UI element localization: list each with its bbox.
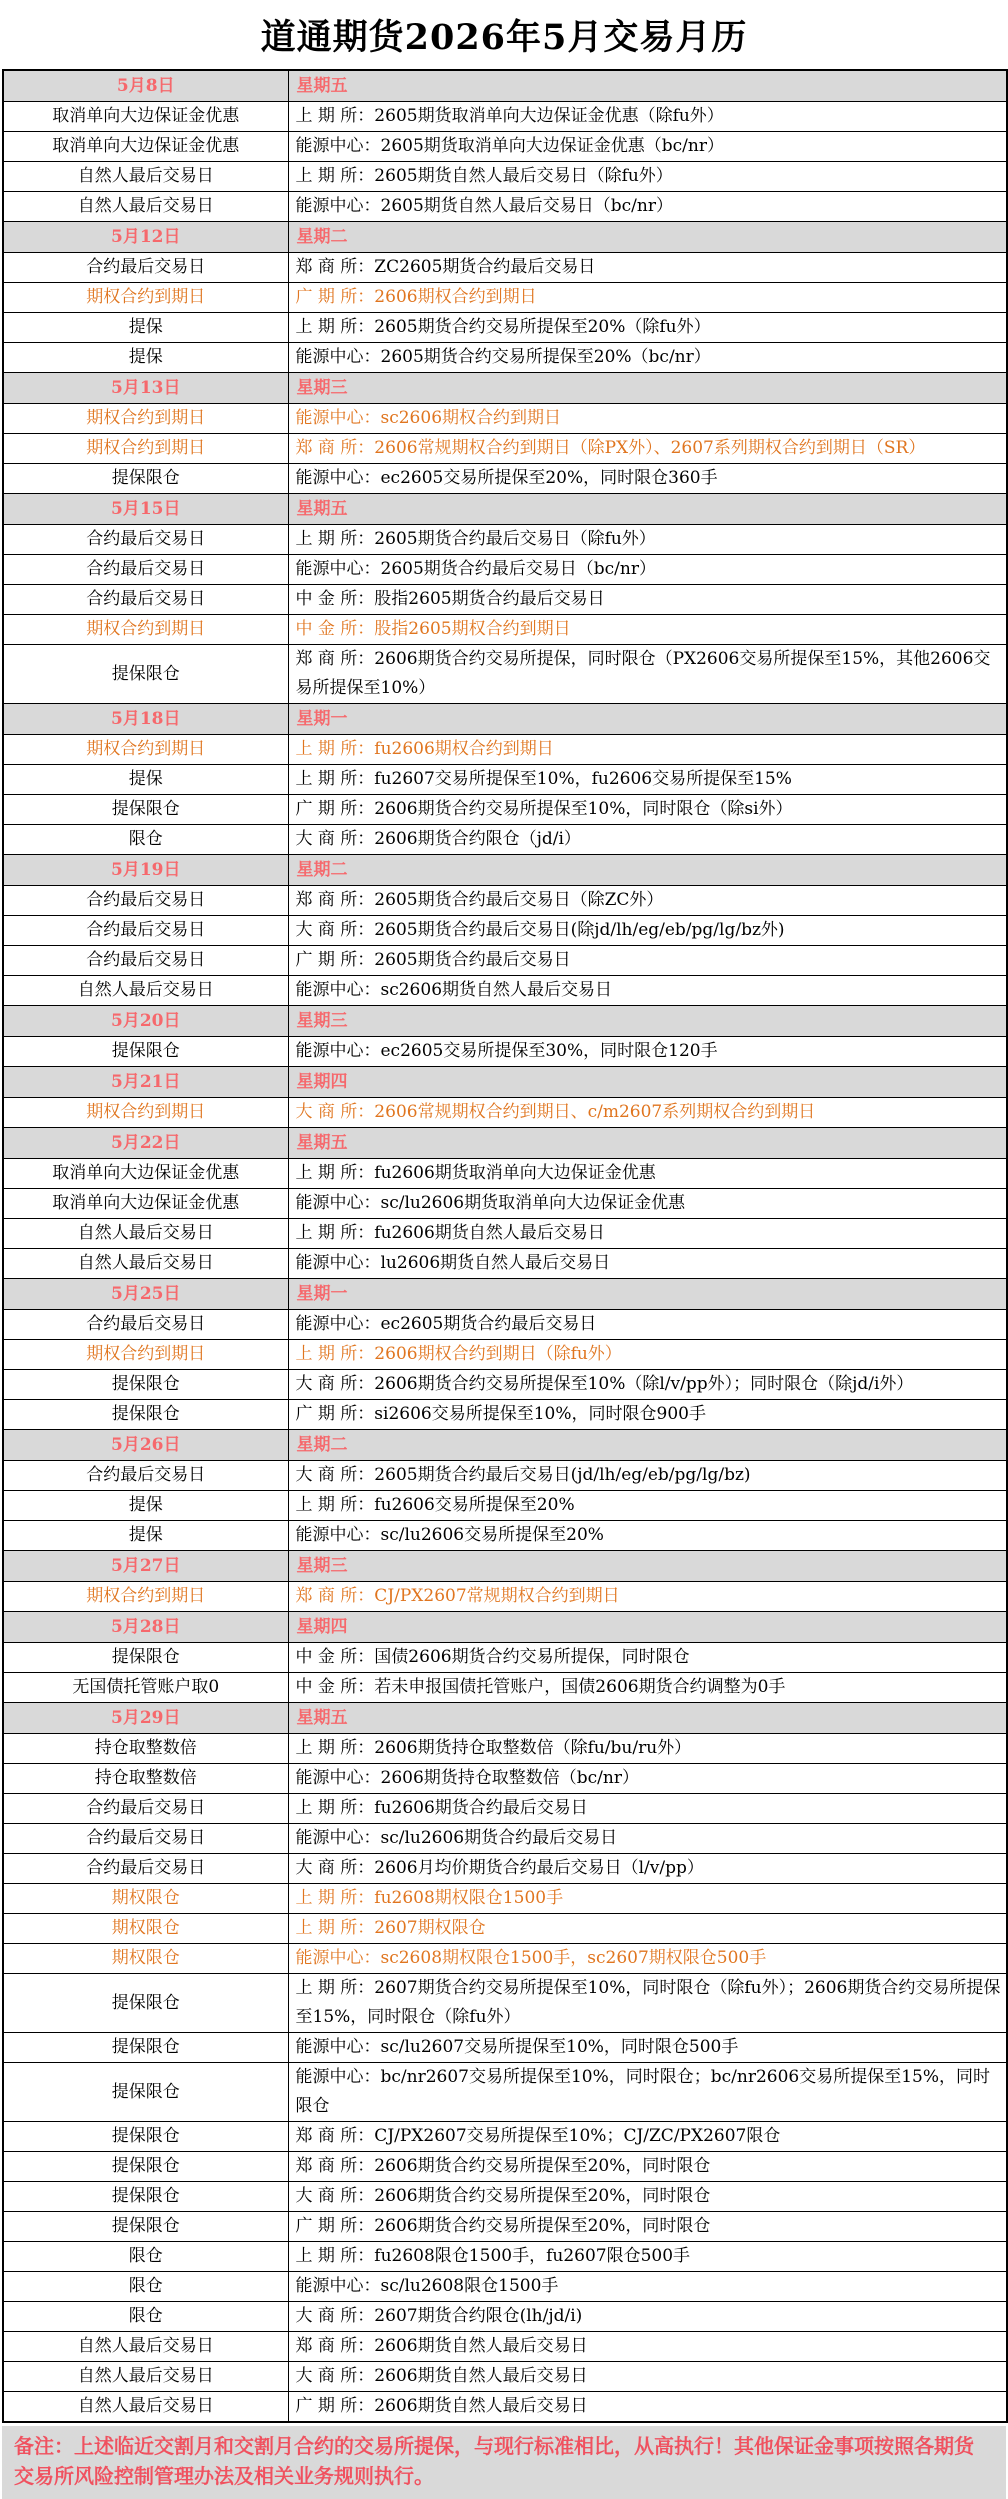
event-detail-cell: 郑 商 所：2606期货合约交易所提保，同时限仓（PX2606交易所提保至15%… [288, 645, 1007, 704]
day-weekday-cell: 星期二 [288, 1430, 1007, 1461]
event-detail-cell: 大 商 所：2606期货合约限仓（jd/i） [288, 825, 1007, 855]
event-detail-cell: 郑 商 所：2606期货合约交易所提保至20%，同时限仓 [288, 2152, 1007, 2182]
event-type-cell: 合约最后交易日 [3, 1461, 288, 1491]
day-header-row: 5月27日星期三 [3, 1551, 1007, 1582]
event-type-cell: 提保限仓 [3, 2212, 288, 2242]
event-detail-cell: 中 金 所：股指2605期权合约到期日 [288, 615, 1007, 645]
event-type-cell: 期权合约到期日 [3, 735, 288, 765]
event-row: 期权合约到期日能源中心：sc2606期权合约到期日 [3, 404, 1007, 434]
event-type-cell: 合约最后交易日 [3, 585, 288, 615]
day-date-cell: 5月19日 [3, 855, 288, 886]
day-weekday-cell: 星期五 [288, 1128, 1007, 1159]
event-row: 期权合约到期日上 期 所：2606期权合约到期日（除fu外） [3, 1340, 1007, 1370]
event-row: 提保限仓能源中心：ec2605交易所提保至20%，同时限仓360手 [3, 464, 1007, 494]
day-date-cell: 5月27日 [3, 1551, 288, 1582]
event-type-cell: 提保限仓 [3, 1037, 288, 1067]
event-type-cell: 合约最后交易日 [3, 555, 288, 585]
event-detail-cell: 能源中心：2605期货合约最后交易日（bc/nr） [288, 555, 1007, 585]
event-type-cell: 合约最后交易日 [3, 1794, 288, 1824]
event-detail-cell: 能源中心：2606期货持仓取整数倍（bc/nr） [288, 1764, 1007, 1794]
day-header-row: 5月15日星期五 [3, 494, 1007, 525]
event-detail-cell: 郑 商 所：2606常规期权合约到期日（除PX外）、2607系列期权合约到期日（… [288, 434, 1007, 464]
event-row: 提保限仓广 期 所：si2606交易所提保至10%，同时限仓900手 [3, 1400, 1007, 1430]
event-row: 持仓取整数倍能源中心：2606期货持仓取整数倍（bc/nr） [3, 1764, 1007, 1794]
event-detail-cell: 能源中心：sc2606期权合约到期日 [288, 404, 1007, 434]
event-detail-cell: 能源中心：sc2606期货自然人最后交易日 [288, 976, 1007, 1006]
event-detail-cell: 郑 商 所：ZC2605期货合约最后交易日 [288, 253, 1007, 283]
day-weekday-cell: 星期一 [288, 704, 1007, 735]
event-row: 自然人最后交易日上 期 所：2605期货自然人最后交易日（除fu外） [3, 162, 1007, 192]
event-detail-cell: 广 期 所：2605期货合约最后交易日 [288, 946, 1007, 976]
event-detail-cell: 上 期 所：2607期权限仓 [288, 1914, 1007, 1944]
event-row: 期权限仓能源中心：sc2608期权限仓1500手，sc2607期权限仓500手 [3, 1944, 1007, 1974]
day-date-cell: 5月28日 [3, 1612, 288, 1643]
event-type-cell: 提保限仓 [3, 2152, 288, 2182]
event-row: 自然人最后交易日能源中心：2605期货自然人最后交易日（bc/nr） [3, 192, 1007, 222]
event-detail-cell: 大 商 所：2605期货合约最后交易日(除jd/lh/eg/eb/pg/lg/b… [288, 916, 1007, 946]
event-row: 期权限仓上 期 所：2607期权限仓 [3, 1914, 1007, 1944]
event-row: 提保能源中心：sc/lu2606交易所提保至20% [3, 1521, 1007, 1551]
event-detail-cell: 郑 商 所：CJ/PX2607交易所提保至10%；CJ/ZC/PX2607限仓 [288, 2122, 1007, 2152]
event-detail-cell: 郑 商 所：CJ/PX2607常规期权合约到期日 [288, 1582, 1007, 1612]
event-row: 提保限仓大 商 所：2606期货合约交易所提保至20%，同时限仓 [3, 2182, 1007, 2212]
event-row: 提保限仓能源中心：ec2605交易所提保至30%，同时限仓120手 [3, 1037, 1007, 1067]
event-row: 期权合约到期日郑 商 所：CJ/PX2607常规期权合约到期日 [3, 1582, 1007, 1612]
event-type-cell: 提保限仓 [3, 2182, 288, 2212]
event-detail-cell: 上 期 所：2606期权合约到期日（除fu外） [288, 1340, 1007, 1370]
event-type-cell: 合约最后交易日 [3, 1310, 288, 1340]
event-detail-cell: 大 商 所：2605期货合约最后交易日(jd/lh/eg/eb/pg/lg/bz… [288, 1461, 1007, 1491]
event-row: 合约最后交易日能源中心：ec2605期货合约最后交易日 [3, 1310, 1007, 1340]
event-type-cell: 提保 [3, 1491, 288, 1521]
event-type-cell: 取消单向大边保证金优惠 [3, 102, 288, 132]
event-detail-cell: 能源中心：sc/lu2607交易所提保至10%，同时限仓500手 [288, 2033, 1007, 2063]
event-row: 提保限仓郑 商 所：CJ/PX2607交易所提保至10%；CJ/ZC/PX260… [3, 2122, 1007, 2152]
event-type-cell: 提保限仓 [3, 1370, 288, 1400]
day-weekday-cell: 星期二 [288, 222, 1007, 253]
event-type-cell: 取消单向大边保证金优惠 [3, 132, 288, 162]
trading-calendar-page: 道通期货2026年5月交易月历 5月8日星期五取消单向大边保证金优惠上 期 所：… [0, 0, 1008, 2499]
day-weekday-cell: 星期四 [288, 1067, 1007, 1098]
event-type-cell: 期权合约到期日 [3, 434, 288, 464]
event-type-cell: 自然人最后交易日 [3, 1249, 288, 1279]
event-detail-cell: 上 期 所：fu2608限仓1500手，fu2607限仓500手 [288, 2242, 1007, 2272]
event-detail-cell: 广 期 所：2606期权合约到期日 [288, 283, 1007, 313]
day-weekday-cell: 星期五 [288, 70, 1007, 102]
event-type-cell: 提保限仓 [3, 1974, 288, 2033]
event-detail-cell: 能源中心：sc/lu2606交易所提保至20% [288, 1521, 1007, 1551]
event-row: 提保能源中心：2605期货合约交易所提保至20%（bc/nr） [3, 343, 1007, 373]
event-detail-cell: 中 金 所：若未申报国债托管账户，国债2606期货合约调整为0手 [288, 1673, 1007, 1703]
event-row: 限仓大 商 所：2606期货合约限仓（jd/i） [3, 825, 1007, 855]
day-weekday-cell: 星期三 [288, 1551, 1007, 1582]
event-type-cell: 限仓 [3, 825, 288, 855]
event-row: 取消单向大边保证金优惠能源中心：sc/lu2606期货取消单向大边保证金优惠 [3, 1189, 1007, 1219]
event-detail-cell: 上 期 所：fu2606交易所提保至20% [288, 1491, 1007, 1521]
event-type-cell: 提保限仓 [3, 795, 288, 825]
calendar-table: 5月8日星期五取消单向大边保证金优惠上 期 所：2605期货取消单向大边保证金优… [2, 69, 1008, 2423]
day-date-cell: 5月15日 [3, 494, 288, 525]
event-detail-cell: 能源中心：sc2608期权限仓1500手，sc2607期权限仓500手 [288, 1944, 1007, 1974]
day-header-row: 5月26日星期二 [3, 1430, 1007, 1461]
event-row: 提保上 期 所：fu2606交易所提保至20% [3, 1491, 1007, 1521]
event-row: 期权合约到期日郑 商 所：2606常规期权合约到期日（除PX外）、2607系列期… [3, 434, 1007, 464]
event-detail-cell: 上 期 所：2605期货取消单向大边保证金优惠（除fu外） [288, 102, 1007, 132]
day-date-cell: 5月26日 [3, 1430, 288, 1461]
footer-note: 备注：上述临近交割月和交割月合约的交易所提保，与现行标准相比，从高执行！其他保证… [2, 2426, 1006, 2499]
event-type-cell: 期权限仓 [3, 1914, 288, 1944]
day-header-row: 5月20日星期三 [3, 1006, 1007, 1037]
event-type-cell: 提保 [3, 343, 288, 373]
event-detail-cell: 上 期 所：fu2606期货取消单向大边保证金优惠 [288, 1159, 1007, 1189]
event-type-cell: 持仓取整数倍 [3, 1734, 288, 1764]
event-type-cell: 期权合约到期日 [3, 1582, 288, 1612]
day-header-row: 5月13日星期三 [3, 373, 1007, 404]
day-weekday-cell: 星期三 [288, 373, 1007, 404]
event-row: 期权限仓上 期 所：fu2608期权限仓1500手 [3, 1884, 1007, 1914]
event-row: 合约最后交易日中 金 所：股指2605期货合约最后交易日 [3, 585, 1007, 615]
day-header-row: 5月21日星期四 [3, 1067, 1007, 1098]
event-detail-cell: 上 期 所：2606期货持仓取整数倍（除fu/bu/ru外） [288, 1734, 1007, 1764]
day-header-row: 5月19日星期二 [3, 855, 1007, 886]
event-row: 提保限仓广 期 所：2606期货合约交易所提保至10%，同时限仓（除si外） [3, 795, 1007, 825]
day-header-row: 5月28日星期四 [3, 1612, 1007, 1643]
event-type-cell: 提保限仓 [3, 2122, 288, 2152]
day-weekday-cell: 星期一 [288, 1279, 1007, 1310]
event-detail-cell: 上 期 所：2607期货合约交易所提保至10%，同时限仓（除fu外）；2606期… [288, 1974, 1007, 2033]
event-detail-cell: 郑 商 所：2605期货合约最后交易日（除ZC外） [288, 886, 1007, 916]
day-weekday-cell: 星期五 [288, 1703, 1007, 1734]
event-detail-cell: 大 商 所：2606期货合约交易所提保至20%，同时限仓 [288, 2182, 1007, 2212]
event-row: 提保上 期 所：2605期货合约交易所提保至20%（除fu外） [3, 313, 1007, 343]
event-row: 合约最后交易日大 商 所：2606月均价期货合约最后交易日（l/v/pp） [3, 1854, 1007, 1884]
event-detail-cell: 上 期 所：fu2607交易所提保至10%，fu2606交易所提保至15% [288, 765, 1007, 795]
event-type-cell: 提保 [3, 1521, 288, 1551]
event-detail-cell: 能源中心：lu2606期货自然人最后交易日 [288, 1249, 1007, 1279]
event-row: 自然人最后交易日大 商 所：2606期货自然人最后交易日 [3, 2362, 1007, 2392]
day-date-cell: 5月29日 [3, 1703, 288, 1734]
day-date-cell: 5月21日 [3, 1067, 288, 1098]
day-date-cell: 5月8日 [3, 70, 288, 102]
event-row: 自然人最后交易日能源中心：lu2606期货自然人最后交易日 [3, 1249, 1007, 1279]
event-type-cell: 合约最后交易日 [3, 916, 288, 946]
event-row: 期权合约到期日广 期 所：2606期权合约到期日 [3, 283, 1007, 313]
event-type-cell: 合约最后交易日 [3, 1824, 288, 1854]
event-detail-cell: 广 期 所：2606期货自然人最后交易日 [288, 2392, 1007, 2423]
event-type-cell: 提保限仓 [3, 645, 288, 704]
event-row: 自然人最后交易日郑 商 所：2606期货自然人最后交易日 [3, 2332, 1007, 2362]
event-type-cell: 期权合约到期日 [3, 283, 288, 313]
event-detail-cell: 上 期 所：fu2606期权合约到期日 [288, 735, 1007, 765]
day-header-row: 5月25日星期一 [3, 1279, 1007, 1310]
event-row: 限仓能源中心：sc/lu2608限仓1500手 [3, 2272, 1007, 2302]
event-type-cell: 合约最后交易日 [3, 253, 288, 283]
event-type-cell: 合约最后交易日 [3, 886, 288, 916]
event-type-cell: 提保 [3, 313, 288, 343]
event-row: 提保限仓广 期 所：2606期货合约交易所提保至20%，同时限仓 [3, 2212, 1007, 2242]
day-header-row: 5月18日星期一 [3, 704, 1007, 735]
event-type-cell: 自然人最后交易日 [3, 2392, 288, 2423]
event-type-cell: 自然人最后交易日 [3, 1219, 288, 1249]
event-row: 合约最后交易日能源中心：sc/lu2606期货合约最后交易日 [3, 1824, 1007, 1854]
event-type-cell: 取消单向大边保证金优惠 [3, 1159, 288, 1189]
day-date-cell: 5月22日 [3, 1128, 288, 1159]
event-row: 提保限仓大 商 所：2606期货合约交易所提保至10%（除l/v/pp外）；同时… [3, 1370, 1007, 1400]
day-header-row: 5月22日星期五 [3, 1128, 1007, 1159]
event-row: 合约最后交易日广 期 所：2605期货合约最后交易日 [3, 946, 1007, 976]
event-type-cell: 限仓 [3, 2302, 288, 2332]
event-type-cell: 提保 [3, 765, 288, 795]
event-row: 自然人最后交易日上 期 所：fu2606期货自然人最后交易日 [3, 1219, 1007, 1249]
event-row: 期权合约到期日中 金 所：股指2605期权合约到期日 [3, 615, 1007, 645]
event-row: 合约最后交易日能源中心：2605期货合约最后交易日（bc/nr） [3, 555, 1007, 585]
event-type-cell: 自然人最后交易日 [3, 2362, 288, 2392]
event-type-cell: 提保限仓 [3, 1643, 288, 1673]
event-row: 提保限仓能源中心：sc/lu2607交易所提保至10%，同时限仓500手 [3, 2033, 1007, 2063]
event-type-cell: 取消单向大边保证金优惠 [3, 1189, 288, 1219]
day-date-cell: 5月12日 [3, 222, 288, 253]
event-type-cell: 期权合约到期日 [3, 1098, 288, 1128]
day-header-row: 5月8日星期五 [3, 70, 1007, 102]
event-detail-cell: 能源中心：bc/nr2607交易所提保至10%，同时限仓；bc/nr2606交易… [288, 2063, 1007, 2122]
event-row: 提保限仓郑 商 所：2606期货合约交易所提保至20%，同时限仓 [3, 2152, 1007, 2182]
event-type-cell: 期权合约到期日 [3, 1340, 288, 1370]
event-type-cell: 合约最后交易日 [3, 1854, 288, 1884]
event-type-cell: 合约最后交易日 [3, 946, 288, 976]
event-detail-cell: 能源中心：sc/lu2606期货取消单向大边保证金优惠 [288, 1189, 1007, 1219]
event-type-cell: 自然人最后交易日 [3, 192, 288, 222]
day-date-cell: 5月20日 [3, 1006, 288, 1037]
event-detail-cell: 中 金 所：股指2605期货合约最后交易日 [288, 585, 1007, 615]
event-row: 合约最后交易日上 期 所：2605期货合约最后交易日（除fu外） [3, 525, 1007, 555]
event-detail-cell: 广 期 所：2606期货合约交易所提保至20%，同时限仓 [288, 2212, 1007, 2242]
event-type-cell: 提保限仓 [3, 2063, 288, 2122]
event-detail-cell: 中 金 所：国债2606期货合约交易所提保，同时限仓 [288, 1643, 1007, 1673]
event-row: 无国债托管账户取0中 金 所：若未申报国债托管账户，国债2606期货合约调整为0… [3, 1673, 1007, 1703]
event-type-cell: 提保限仓 [3, 464, 288, 494]
event-detail-cell: 能源中心：ec2605期货合约最后交易日 [288, 1310, 1007, 1340]
day-weekday-cell: 星期三 [288, 1006, 1007, 1037]
day-header-row: 5月12日星期二 [3, 222, 1007, 253]
event-row: 合约最后交易日郑 商 所：2605期货合约最后交易日（除ZC外） [3, 886, 1007, 916]
event-detail-cell: 大 商 所：2606月均价期货合约最后交易日（l/v/pp） [288, 1854, 1007, 1884]
page-title: 道通期货2026年5月交易月历 [0, 0, 1008, 69]
event-type-cell: 提保限仓 [3, 1400, 288, 1430]
day-date-cell: 5月13日 [3, 373, 288, 404]
event-row: 提保上 期 所：fu2607交易所提保至10%，fu2606交易所提保至15% [3, 765, 1007, 795]
event-row: 限仓上 期 所：fu2608限仓1500手，fu2607限仓500手 [3, 2242, 1007, 2272]
event-type-cell: 自然人最后交易日 [3, 2332, 288, 2362]
event-detail-cell: 能源中心：ec2605交易所提保至20%，同时限仓360手 [288, 464, 1007, 494]
event-row: 合约最后交易日上 期 所：fu2606期货合约最后交易日 [3, 1794, 1007, 1824]
event-detail-cell: 上 期 所：2605期货合约交易所提保至20%（除fu外） [288, 313, 1007, 343]
day-weekday-cell: 星期二 [288, 855, 1007, 886]
event-row: 取消单向大边保证金优惠上 期 所：2605期货取消单向大边保证金优惠（除fu外） [3, 102, 1007, 132]
event-row: 期权合约到期日大 商 所：2606常规期权合约到期日、c/m2607系列期权合约… [3, 1098, 1007, 1128]
event-type-cell: 期权合约到期日 [3, 404, 288, 434]
event-type-cell: 期权限仓 [3, 1884, 288, 1914]
event-detail-cell: 上 期 所：fu2606期货自然人最后交易日 [288, 1219, 1007, 1249]
event-detail-cell: 郑 商 所：2606期货自然人最后交易日 [288, 2332, 1007, 2362]
event-type-cell: 提保限仓 [3, 2033, 288, 2063]
event-detail-cell: 能源中心：2605期货取消单向大边保证金优惠（bc/nr） [288, 132, 1007, 162]
event-detail-cell: 大 商 所：2606期货合约交易所提保至10%（除l/v/pp外）；同时限仓（除… [288, 1370, 1007, 1400]
event-row: 提保限仓郑 商 所：2606期货合约交易所提保，同时限仓（PX2606交易所提保… [3, 645, 1007, 704]
event-row: 提保限仓上 期 所：2607期货合约交易所提保至10%，同时限仓（除fu外）；2… [3, 1974, 1007, 2033]
event-type-cell: 自然人最后交易日 [3, 976, 288, 1006]
event-row: 取消单向大边保证金优惠能源中心：2605期货取消单向大边保证金优惠（bc/nr） [3, 132, 1007, 162]
event-detail-cell: 上 期 所：fu2608期权限仓1500手 [288, 1884, 1007, 1914]
event-detail-cell: 能源中心：sc/lu2608限仓1500手 [288, 2272, 1007, 2302]
event-row: 限仓大 商 所：2607期货合约限仓(lh/jd/i) [3, 2302, 1007, 2332]
event-type-cell: 期权限仓 [3, 1944, 288, 1974]
event-detail-cell: 大 商 所：2606常规期权合约到期日、c/m2607系列期权合约到期日 [288, 1098, 1007, 1128]
event-row: 提保限仓能源中心：bc/nr2607交易所提保至10%，同时限仓；bc/nr26… [3, 2063, 1007, 2122]
event-detail-cell: 广 期 所：2606期货合约交易所提保至10%，同时限仓（除si外） [288, 795, 1007, 825]
event-detail-cell: 上 期 所：2605期货合约最后交易日（除fu外） [288, 525, 1007, 555]
event-row: 合约最后交易日郑 商 所：ZC2605期货合约最后交易日 [3, 253, 1007, 283]
event-type-cell: 期权合约到期日 [3, 615, 288, 645]
event-detail-cell: 大 商 所：2607期货合约限仓(lh/jd/i) [288, 2302, 1007, 2332]
day-date-cell: 5月18日 [3, 704, 288, 735]
event-detail-cell: 上 期 所：fu2606期货合约最后交易日 [288, 1794, 1007, 1824]
event-row: 自然人最后交易日能源中心：sc2606期货自然人最后交易日 [3, 976, 1007, 1006]
event-detail-cell: 能源中心：sc/lu2606期货合约最后交易日 [288, 1824, 1007, 1854]
event-row: 合约最后交易日大 商 所：2605期货合约最后交易日(除jd/lh/eg/eb/… [3, 916, 1007, 946]
event-detail-cell: 能源中心：2605期货自然人最后交易日（bc/nr） [288, 192, 1007, 222]
event-type-cell: 持仓取整数倍 [3, 1764, 288, 1794]
day-weekday-cell: 星期五 [288, 494, 1007, 525]
event-detail-cell: 大 商 所：2606期货自然人最后交易日 [288, 2362, 1007, 2392]
event-type-cell: 无国债托管账户取0 [3, 1673, 288, 1703]
event-detail-cell: 广 期 所：si2606交易所提保至10%，同时限仓900手 [288, 1400, 1007, 1430]
day-date-cell: 5月25日 [3, 1279, 288, 1310]
day-weekday-cell: 星期四 [288, 1612, 1007, 1643]
event-detail-cell: 上 期 所：2605期货自然人最后交易日（除fu外） [288, 162, 1007, 192]
event-row: 期权合约到期日上 期 所：fu2606期权合约到期日 [3, 735, 1007, 765]
event-row: 持仓取整数倍上 期 所：2606期货持仓取整数倍（除fu/bu/ru外） [3, 1734, 1007, 1764]
event-type-cell: 限仓 [3, 2272, 288, 2302]
event-row: 取消单向大边保证金优惠上 期 所：fu2606期货取消单向大边保证金优惠 [3, 1159, 1007, 1189]
event-detail-cell: 能源中心：2605期货合约交易所提保至20%（bc/nr） [288, 343, 1007, 373]
event-row: 合约最后交易日大 商 所：2605期货合约最后交易日(jd/lh/eg/eb/p… [3, 1461, 1007, 1491]
event-row: 自然人最后交易日广 期 所：2606期货自然人最后交易日 [3, 2392, 1007, 2423]
day-header-row: 5月29日星期五 [3, 1703, 1007, 1734]
event-type-cell: 自然人最后交易日 [3, 162, 288, 192]
event-detail-cell: 能源中心：ec2605交易所提保至30%，同时限仓120手 [288, 1037, 1007, 1067]
event-row: 提保限仓中 金 所：国债2606期货合约交易所提保，同时限仓 [3, 1643, 1007, 1673]
event-type-cell: 限仓 [3, 2242, 288, 2272]
event-type-cell: 合约最后交易日 [3, 525, 288, 555]
